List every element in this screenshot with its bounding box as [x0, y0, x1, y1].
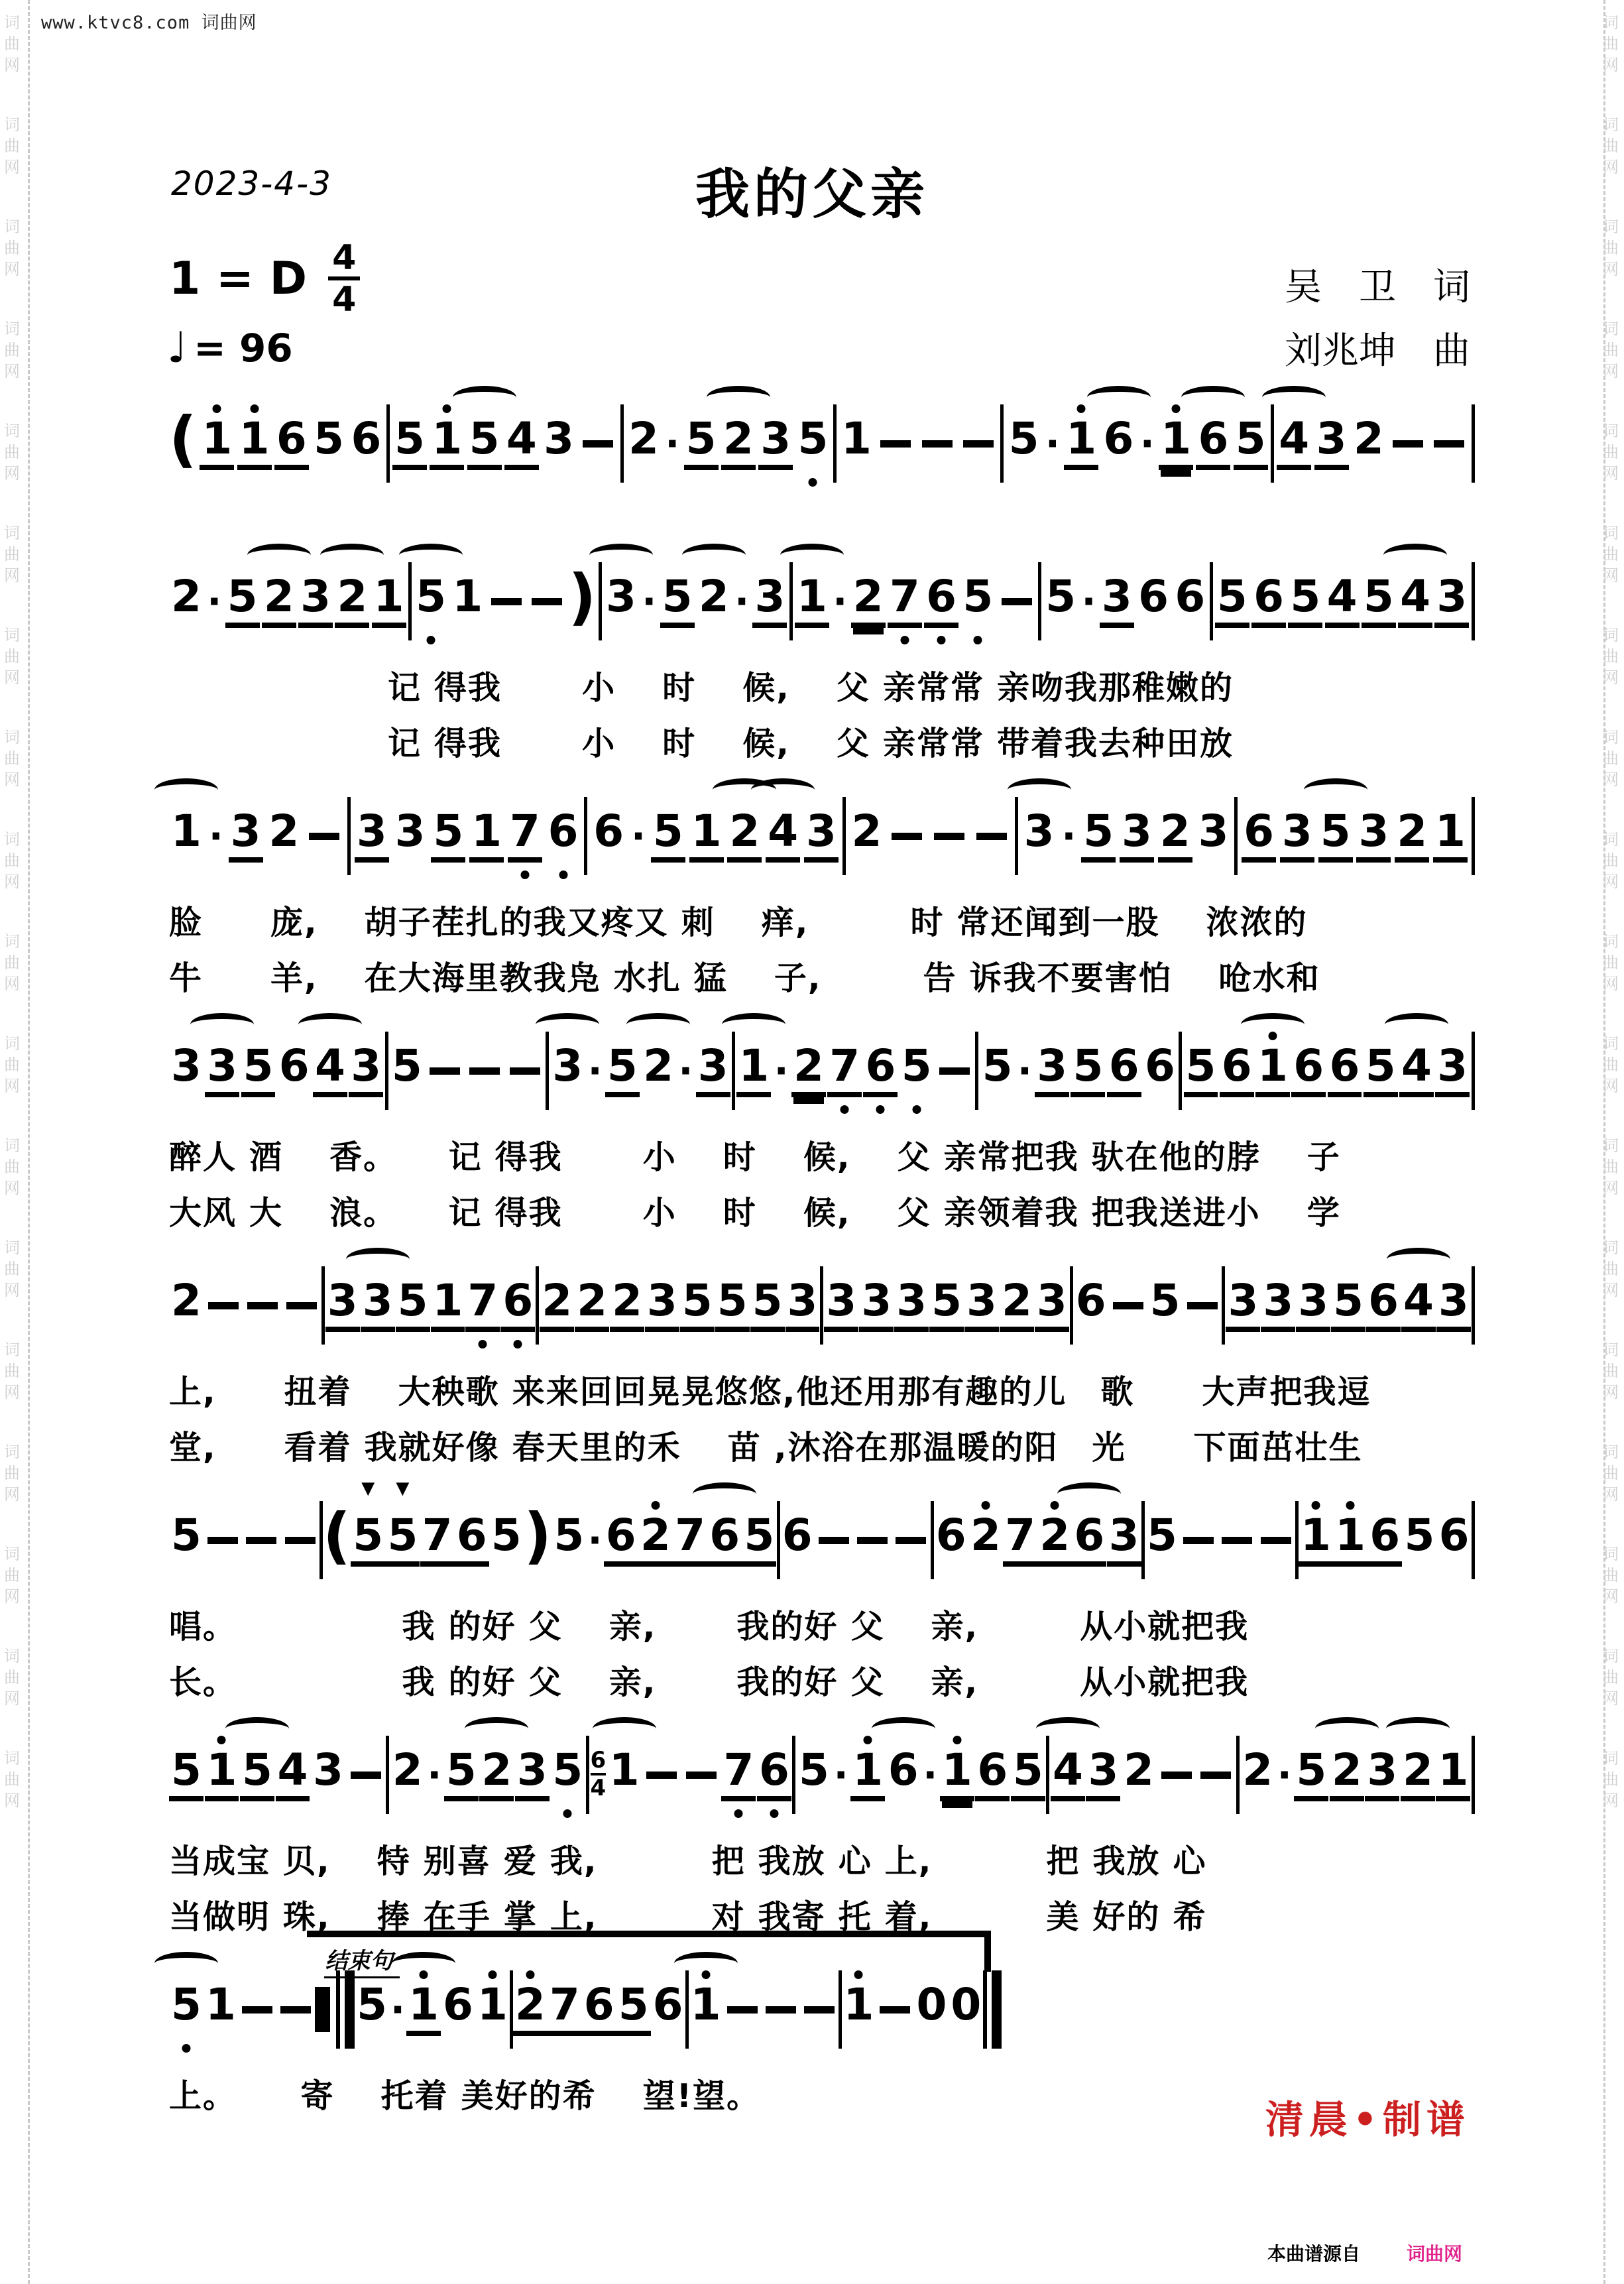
note: 7: [888, 542, 922, 660]
key-label: 1 = D: [169, 253, 307, 305]
note: 6: [274, 385, 309, 503]
low-octave-dot: [900, 636, 909, 644]
quarter-note-icon: ♩: [167, 324, 187, 373]
note: 2: [1158, 777, 1192, 895]
note: 5: [1081, 777, 1116, 895]
note: 4: [1277, 385, 1311, 503]
dot-separator: ·: [831, 542, 848, 660]
barline: [833, 385, 837, 503]
note: 3: [1035, 1246, 1069, 1364]
note: 2: [479, 1716, 514, 1834]
dot-separator: ·: [1276, 1716, 1293, 1834]
note: 3: [1107, 1481, 1141, 1599]
note: 6: [780, 1481, 815, 1599]
note: 5: [715, 1246, 750, 1364]
dot-separator: ·: [1139, 385, 1156, 503]
barline: [1000, 385, 1004, 503]
note: 2: [1240, 1716, 1275, 1834]
music-row: 515432·5235641765·16·1654322·52321: [169, 1716, 1475, 1834]
note: 2: [1000, 1246, 1034, 1364]
note: 4: [1398, 542, 1432, 660]
note: 3: [1022, 777, 1057, 895]
lyric-line-verse2: 记 得我 小 时 候, 父 亲常常 带着我去种田放: [169, 725, 1234, 762]
note: 6: [1291, 1012, 1326, 1130]
barline: [584, 777, 587, 895]
note: 5: [929, 1246, 964, 1364]
note: 3: [785, 1246, 820, 1364]
source-site: 词曲网: [1407, 2240, 1462, 2266]
barline: [820, 1246, 823, 1364]
note: 2: [1352, 385, 1386, 503]
note: 6: [1173, 542, 1207, 660]
parenthesis: ): [524, 1476, 551, 1604]
note: 3: [1086, 1716, 1120, 1834]
time-signature-denominator: 4: [328, 276, 360, 318]
tempo-value: = 96: [194, 326, 293, 371]
dot-separator: ·: [587, 1481, 604, 1599]
note: 1: [1333, 1481, 1367, 1599]
barline: [1472, 385, 1475, 503]
note: 5: [742, 1481, 776, 1599]
low-octave-dot: [809, 478, 817, 487]
music-row: 5(▼5▼5765)5·627656627263511656: [169, 1481, 1475, 1599]
dash-continuation: [203, 1481, 242, 1599]
barline: [321, 1246, 325, 1364]
note: 4: [1051, 1716, 1085, 1834]
source-label: 本曲谱源自: [1267, 2240, 1360, 2266]
note: 7: [465, 1246, 500, 1364]
note: 1: [1255, 1012, 1290, 1130]
note: 5: [1007, 385, 1041, 503]
note: 3: [604, 542, 638, 660]
high-octave-dot: [213, 404, 221, 413]
music-row: (11656515432·523515·16·165432: [169, 385, 1475, 503]
barline: [1070, 1246, 1073, 1364]
note: 4: [1399, 1012, 1434, 1130]
note: 1: [200, 385, 234, 503]
site-watermark: www.ktvc8.com 词曲网: [41, 8, 257, 34]
note: 5: [489, 1481, 524, 1599]
note: 5: [651, 777, 685, 895]
dash-continuation: [682, 1716, 721, 1834]
score-line: (11656515432·523515·16·165432: [169, 385, 1475, 503]
note: 3: [550, 1012, 585, 1130]
note: 5: [1145, 1481, 1179, 1599]
side-watermark-text: 词 曲 网: [4, 1135, 20, 1199]
note: 6: [455, 1481, 489, 1599]
side-watermark-text: 词 曲 网: [4, 1646, 20, 1709]
dash-continuation: [935, 1012, 974, 1130]
dash-continuation: [1196, 1716, 1235, 1834]
note: 6: [934, 1481, 968, 1599]
dash-continuation: [892, 1481, 930, 1599]
note: 1: [469, 777, 504, 895]
note: 2: [697, 542, 731, 660]
note: 2: [791, 1012, 826, 1130]
note: ▼5: [351, 1481, 385, 1599]
note: 6: [1196, 385, 1230, 503]
dash-continuation: [487, 542, 526, 660]
note: 3: [1314, 385, 1349, 503]
time-signature: 4 4: [328, 240, 360, 318]
note: 2: [721, 385, 756, 503]
side-watermark-text: 词 曲 网: [4, 522, 20, 586]
note: 3: [1356, 777, 1391, 895]
low-octave-dot: [912, 1105, 921, 1114]
right-watermark-column: 词 曲 网词 曲 网词 曲 网词 曲 网词 曲 网词 曲 网词 曲 网词 曲 网…: [1603, 12, 1619, 2284]
dash-continuation: [888, 777, 926, 895]
key-signature: 1 = D 4 4: [169, 240, 360, 318]
score-line: 33564353·52·31·27655·356656166543醉人 酒 香。…: [169, 1012, 1475, 1241]
note: 5: [169, 1951, 203, 2069]
music-row: 2335176222355533335323653335643: [169, 1246, 1475, 1364]
low-octave-dot: [770, 1809, 778, 1818]
barline: [975, 1012, 978, 1130]
accent-mark: ▼: [396, 1480, 409, 1497]
barline: [1210, 542, 1213, 660]
barline: [620, 385, 624, 503]
dash-continuation: [1218, 1481, 1256, 1599]
side-watermark-text: 词 曲 网: [1603, 1748, 1619, 1811]
dash-continuation: [815, 1481, 853, 1599]
engraver-credit: 清晨•制谱: [1265, 2088, 1470, 2144]
barline: [536, 1246, 539, 1364]
barline: [385, 1012, 388, 1130]
note: 6: [1107, 1012, 1141, 1130]
dot-separator: ·: [1044, 385, 1061, 503]
note: 4: [1401, 1246, 1436, 1364]
high-octave-dot: [1346, 1501, 1355, 1510]
side-watermark-text: 词 曲 网: [1603, 1543, 1619, 1607]
lyric-line-verse2: 堂, 看着 我就好像 春天里的禾 苗 ,沐浴在那温暖的阳 光 下面茁壮生: [169, 1429, 1362, 1467]
song-title: 我的父亲: [0, 151, 1624, 229]
note: 6: [591, 777, 626, 895]
note: 2: [638, 1481, 673, 1599]
barline: [792, 1716, 795, 1834]
note: 6: [1242, 777, 1276, 895]
note: 5: [550, 1716, 585, 1834]
dash-continuation: [242, 1481, 280, 1599]
note: 3: [229, 777, 263, 895]
score-line: 1·323351766·5124323·5323635321脸 庞, 胡子茬扎的…: [169, 777, 1475, 1006]
note: 4: [504, 385, 539, 503]
low-octave-dot: [734, 1809, 743, 1818]
dash-continuation: [528, 542, 566, 660]
note: 6: [1251, 542, 1286, 660]
score: (11656515432·523515·16·1654322·5232151)3…: [169, 385, 1475, 2130]
note: 6: [1143, 1012, 1177, 1130]
dash-continuation: [876, 385, 915, 503]
note: 1: [237, 385, 272, 503]
low-octave-dot: [937, 636, 946, 644]
note: 5: [797, 1716, 831, 1834]
time-signature-numerator: 4: [328, 240, 360, 276]
note: 6: [1074, 1246, 1108, 1364]
note: 3: [355, 777, 389, 895]
side-watermark-text: 词 曲 网: [1603, 625, 1619, 688]
note: 3: [1434, 542, 1469, 660]
note: 3: [1435, 1012, 1470, 1130]
parenthesis: (: [323, 1476, 351, 1604]
dot-separator: ·: [426, 1716, 443, 1834]
dash-continuation: [972, 777, 1011, 895]
barline: [1038, 542, 1041, 660]
lyric-line-verse1: 上。 寄 托着 美好的希 望!: [169, 2077, 693, 2115]
note: 2: [169, 1246, 203, 1364]
side-watermark-text: 词 曲 网: [4, 1441, 20, 1505]
low-octave-dot: [182, 2044, 190, 2053]
left-dashed-rule: [28, 0, 30, 2284]
dot-separator: ·: [207, 777, 225, 895]
dot-separator: ·: [921, 1716, 939, 1834]
note: 5: [1071, 1012, 1105, 1130]
ending-label: 结束句: [324, 1943, 400, 1978]
note: 7: [827, 1012, 862, 1130]
note: 5: [750, 1246, 785, 1364]
dash-continuation: [918, 385, 957, 503]
music-row: 2·5232151)3·52·31·27655·3665654543: [169, 542, 1475, 660]
note: 2: [610, 1246, 644, 1364]
note: 5: [396, 1246, 430, 1364]
note: 6: [863, 1012, 898, 1130]
accent-mark: ▼: [361, 1480, 375, 1497]
tempo-marking: ♩ = 96: [167, 324, 293, 373]
barline: [1472, 542, 1475, 660]
side-watermark-text: 词 曲 网: [4, 931, 20, 994]
note: 2: [262, 542, 296, 660]
note: 2: [390, 1716, 425, 1834]
note: 1: [736, 1012, 771, 1130]
note: 3: [824, 1246, 858, 1364]
note: 2: [626, 385, 661, 503]
note: 3: [859, 1246, 894, 1364]
source-note: 本曲谱源自 词曲网: [1267, 2240, 1462, 2266]
note: 2: [850, 777, 884, 895]
barline: [842, 777, 846, 895]
note: 5: [551, 1481, 586, 1599]
note: 3: [804, 777, 839, 895]
barline: [1472, 777, 1475, 895]
note: 5: [795, 385, 830, 503]
dash-continuation: [1430, 385, 1468, 503]
note: 3: [311, 1716, 345, 1834]
low-octave-dot: [841, 1105, 849, 1114]
note: 5: [899, 1012, 934, 1130]
note: 4: [1325, 542, 1360, 660]
note: 3: [349, 1012, 383, 1130]
note: 2: [575, 1246, 609, 1364]
note: 1: [450, 542, 485, 660]
note: 5: [680, 1246, 715, 1364]
note: 5: [980, 1012, 1015, 1130]
barline: [1472, 1481, 1475, 1599]
dot-separator: ·: [587, 1012, 604, 1130]
side-watermark-text: 词 曲 网: [4, 420, 20, 484]
barline: [1472, 1716, 1475, 1834]
music-row: 33564353·52·31·27655·356656166543: [169, 1012, 1475, 1130]
note: 2: [1330, 1716, 1364, 1834]
lyricist: 吴 卫 词: [1285, 266, 1470, 309]
note: 6: [349, 385, 383, 503]
note: 6: [500, 1246, 535, 1364]
note: 2: [1122, 1716, 1156, 1834]
score-line: 2335176222355533335323653335643上, 扭着 大秧歌…: [169, 1246, 1475, 1476]
side-watermark-text: 词 曲 网: [4, 12, 20, 76]
dash-continuation: [853, 1481, 892, 1599]
note: 2: [1401, 1716, 1435, 1834]
dash-continuation: [426, 1012, 464, 1130]
dot-separator: ·: [1080, 542, 1097, 660]
dash-continuation: [282, 1246, 321, 1364]
note: 1: [1436, 1716, 1470, 1834]
high-octave-dot: [1268, 1032, 1277, 1040]
note: 2: [968, 1481, 1003, 1599]
note: 6: [1437, 1481, 1472, 1599]
barline: [347, 777, 351, 895]
barline: [1472, 1246, 1475, 1364]
note: 6: [1102, 385, 1136, 503]
dot-separator: ·: [833, 1716, 850, 1834]
score-line: 515432·5235641765·16·1654322·52321当成宝 贝,…: [169, 1716, 1475, 1945]
note: 3: [758, 385, 793, 503]
note: 3: [964, 1246, 999, 1364]
dot-separator: ·: [630, 777, 647, 895]
note: 7: [1003, 1481, 1037, 1599]
note: 1: [169, 777, 203, 895]
low-octave-dot: [520, 871, 529, 879]
lyric-line-verse2: 长。 我 的好 父 亲, 我的好 父 亲, 从小就把我: [169, 1663, 1249, 1701]
dot-separator: ·: [1060, 777, 1077, 895]
note: 6: [604, 1481, 638, 1599]
note: 5: [392, 385, 427, 503]
dash-continuation: [243, 1246, 282, 1364]
dot-separator: ·: [773, 1012, 790, 1130]
note: 7: [508, 777, 542, 895]
side-watermark-text: 词 曲 网: [1603, 931, 1619, 994]
note: 1: [203, 1951, 238, 2069]
note: 1: [839, 385, 874, 503]
side-watermark-text: 词 曲 网: [4, 1237, 20, 1301]
lyric-line-verse2: 牛 羊, 在大海里教我凫 水扎 猛 子, 告 诉我不要害怕 呛水和: [169, 959, 1320, 997]
note: 1: [431, 1246, 465, 1364]
score-line: 5(▼5▼5765)5·627656627263511656唱。 我 的好 父 …: [169, 1481, 1475, 1711]
side-watermark-text: 词 曲 网: [1603, 1033, 1619, 1097]
dash-continuation: [281, 1481, 319, 1599]
dot-separator: ·: [1016, 1012, 1033, 1130]
note: 3: [205, 1012, 239, 1130]
side-watermark-text: 词 曲 网: [1603, 1339, 1619, 1403]
side-watermark-text: 词 曲 网: [4, 1543, 20, 1607]
note: 1: [1299, 1481, 1333, 1599]
lyric-line-verse2: 大风 大 浪。 记 得我 小 时 候, 父 亲领着我 把我送进小 学: [169, 1194, 1341, 1232]
barline: [586, 1716, 589, 1834]
note: 6: [1367, 1481, 1402, 1599]
note: 6: [924, 542, 958, 660]
high-octave-dot: [443, 404, 451, 413]
lyric-line-verse1: 上, 扭着 大秧歌 来来回回晃晃悠悠,他还用那有趣的儿 歌 大声把我逗: [169, 1373, 1371, 1411]
note: 7: [420, 1481, 455, 1599]
dot-separator: ·: [664, 385, 681, 503]
note: 5: [1215, 542, 1249, 660]
side-watermark-text: 词 曲 网: [1603, 318, 1619, 382]
note: 5: [1331, 1246, 1365, 1364]
credits: 吴 卫 词 刘兆坤 曲: [1285, 256, 1470, 383]
note: 5: [1148, 1246, 1183, 1364]
note: 4: [313, 1012, 347, 1130]
side-watermark-text: 词 曲 网: [1603, 1646, 1619, 1709]
note: 3: [1035, 1012, 1069, 1130]
side-watermark-text: 词 曲 网: [4, 318, 20, 382]
note: 5: [240, 1716, 274, 1834]
note: 3: [1120, 777, 1154, 895]
low-octave-dot: [479, 1340, 487, 1349]
side-watermark-text: 词 曲 网: [4, 1339, 20, 1403]
note: 5: [169, 1716, 203, 1834]
dot-separator: ·: [205, 542, 223, 660]
note: 4: [766, 777, 800, 895]
lyric-line-verse1: 当成宝 贝, 特 别喜 爱 我, 把 我放 心 上, 把 我放 心: [169, 1842, 1207, 1880]
barline: [1236, 1716, 1240, 1834]
lyric-line-verse1: 醉人 酒 香。 记 得我 小 时 候, 父 亲常把我 驮在他的脖 子: [169, 1138, 1341, 1176]
note: 2: [335, 542, 369, 660]
sheet-music-page: 词 曲 网词 曲 网词 曲 网词 曲 网词 曲 网词 曲 网词 曲 网词 曲 网…: [0, 0, 1624, 2284]
side-watermark-text: 词 曲 网: [1603, 829, 1619, 892]
note: 2: [540, 1246, 574, 1364]
note: 5: [390, 1012, 424, 1130]
note: 3: [361, 1246, 395, 1364]
dash-continuation: [305, 777, 343, 895]
dash-continuation: [1257, 1481, 1295, 1599]
note: 2: [169, 542, 203, 660]
dash-continuation: [238, 1951, 276, 2069]
side-watermark-text: 词 曲 网: [1603, 12, 1619, 76]
side-watermark-text: 词 曲 网: [4, 1748, 20, 1811]
note: 1: [795, 542, 829, 660]
note: 3: [393, 777, 428, 895]
barline: [386, 385, 390, 503]
note: 3: [1296, 1246, 1330, 1364]
side-watermark-text: 词 曲 网: [1603, 1237, 1619, 1301]
note: 6: [886, 1716, 921, 1834]
note: 6: [546, 777, 581, 895]
note: 5: [1043, 542, 1078, 660]
dash-continuation: [204, 1246, 243, 1364]
lyric-line-verse1: 记 得我 小 时 候, 父 亲常常 亲吻我那稚嫩的: [169, 669, 1234, 707]
note: 1: [1433, 777, 1468, 895]
barline: [1472, 1012, 1475, 1130]
side-watermark-text: 词 曲 网: [1603, 522, 1619, 586]
dash-continuation: [1157, 1716, 1196, 1834]
side-watermark-text: 词 曲 网: [4, 625, 20, 688]
note: 5: [414, 542, 448, 660]
left-watermark-column: 词 曲 网词 曲 网词 曲 网词 曲 网词 曲 网词 曲 网词 曲 网词 曲 网…: [4, 12, 20, 2284]
note: 3: [515, 1716, 550, 1834]
note: 6: [1136, 542, 1171, 660]
note: 3: [1100, 542, 1134, 660]
note: 3: [1261, 1246, 1295, 1364]
dot-separator: ·: [640, 542, 658, 660]
note: 5: [169, 1481, 203, 1599]
note: 5: [960, 542, 995, 660]
note: 5: [1318, 777, 1353, 895]
dash-continuation: [1179, 1481, 1218, 1599]
note: 2: [851, 542, 886, 660]
note: 1: [940, 1716, 974, 1834]
dash-continuation: [1389, 385, 1427, 503]
note: 4: [276, 1716, 310, 1834]
note: 6: [975, 1716, 1010, 1834]
note: 3: [1436, 1246, 1471, 1364]
